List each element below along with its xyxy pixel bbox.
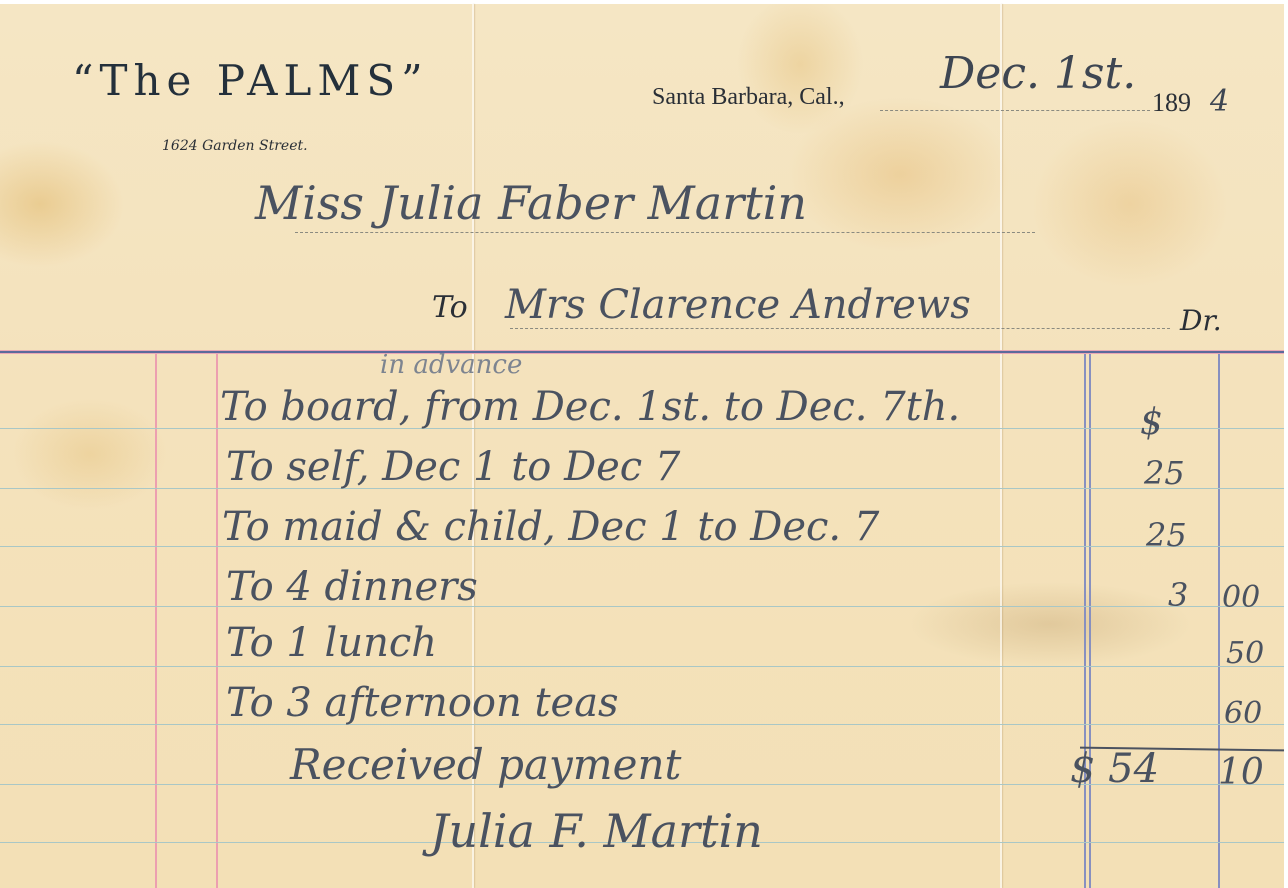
addressee-dotted-line [295, 232, 1035, 233]
ledger-item-dollars: 3 [1168, 576, 1188, 614]
received-payment-note: Received payment [290, 740, 681, 789]
debtor-abbrev: Dr. [1180, 304, 1222, 337]
signature: Julia F. Martin [430, 804, 763, 858]
year-handwritten: 4 [1210, 84, 1229, 119]
margin-line [155, 354, 157, 888]
ruled-line [0, 666, 1284, 667]
ledger-item-cents: 00 [1222, 580, 1260, 615]
creditor-name: Mrs Clarence Andrews [505, 282, 971, 328]
ledger-item-description: To 4 dinners [226, 564, 478, 610]
ledger-item-dollars: 25 [1146, 516, 1187, 554]
total-cents: 10 [1218, 752, 1264, 793]
creditor-prefix: To [432, 290, 468, 325]
ledger-item-description: To self, Dec 1 to Dec 7 [226, 444, 680, 490]
ledger-item-description: To maid & child, Dec 1 to Dec. 7 [222, 504, 879, 550]
fold-line [1000, 4, 1002, 888]
ledger-item-description: To 1 lunch [226, 620, 437, 666]
invoice-paper: “The PALMS” 1624 Garden Street. Santa Ba… [0, 4, 1284, 888]
ruled-line [0, 724, 1284, 725]
addressee-name: Miss Julia Faber Martin [255, 176, 807, 230]
creditor-dotted-line [510, 328, 1170, 329]
year-printed: 189 [1152, 88, 1191, 118]
cents-column-line [1218, 354, 1220, 888]
insertion-note: in advance [380, 350, 522, 380]
ledger-item-cents: 50 [1226, 636, 1264, 671]
place-label: Santa Barbara, Cal., [652, 84, 845, 111]
ledger-header-rule [0, 350, 1284, 354]
ledger-item-dollars: $ [1140, 402, 1163, 443]
total-dollars: $ 54 [1070, 746, 1159, 792]
handwritten-date: Dec. 1st. [940, 48, 1136, 99]
date-dotted-line [880, 110, 1150, 111]
letterhead-address: 1624 Garden Street. [162, 138, 308, 154]
dollars-column-line [1089, 354, 1091, 888]
ledger-item-dollars: 25 [1144, 454, 1185, 492]
margin-line [216, 354, 218, 888]
ledger-item-description: To board, from Dec. 1st. to Dec. 7th. [220, 384, 960, 430]
letterhead-title: “The PALMS” [72, 56, 429, 105]
ledger-item-description: To 3 afternoon teas [226, 680, 619, 726]
ledger-item-cents: 60 [1224, 696, 1262, 731]
ruled-line [0, 606, 1284, 607]
dollars-column-line [1084, 354, 1086, 888]
